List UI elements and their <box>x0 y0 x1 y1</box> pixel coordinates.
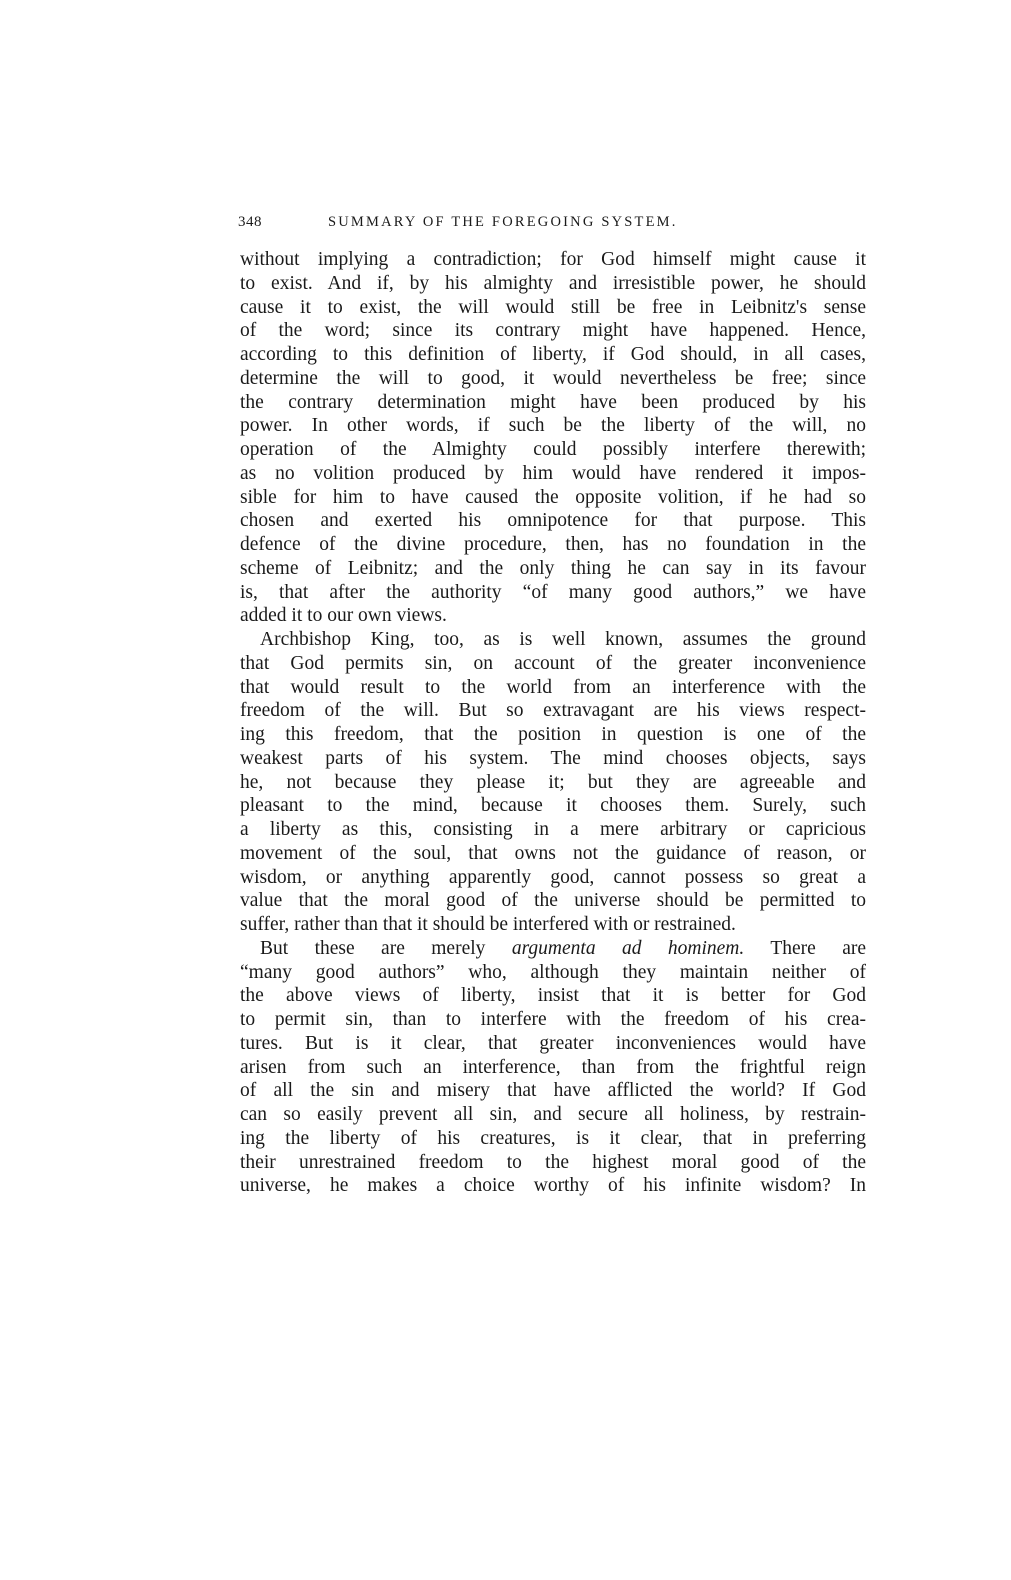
text-line: of the word; since its contrary might ha… <box>240 319 866 343</box>
page-number: 348 <box>238 214 262 231</box>
text-line: defence of the divine procedure, then, h… <box>240 533 866 557</box>
text-line: that God permits sin, on account of the … <box>240 652 866 676</box>
text-line: pleasant to the mind, because it chooses… <box>240 794 866 818</box>
text-line: wisdom, or anything apparently good, can… <box>240 866 866 890</box>
text-line: operation of the Almighty could possibly… <box>240 438 866 462</box>
text-line: But these are merely argumenta ad homine… <box>240 937 866 961</box>
text-line: Archbishop King, too, as is well known, … <box>240 628 866 652</box>
running-title: SUMMARY OF THE FOREGOING SYSTEM. <box>328 214 678 231</box>
text-line: value that the moral good of the univers… <box>240 889 866 913</box>
text-line: that would result to the world from an i… <box>240 676 866 700</box>
text-line: arisen from such an interference, than f… <box>240 1056 866 1080</box>
text-line: power. In other words, if such be the li… <box>240 414 866 438</box>
text-line: ing the liberty of his creatures, is it … <box>240 1127 866 1151</box>
text-line: their unrestrained freedom to the highes… <box>240 1151 866 1175</box>
italic-phrase: argumenta ad hominem. <box>512 938 744 959</box>
text-line: is, that after the authority “of many go… <box>240 581 866 605</box>
text-line: determine the will to good, it would nev… <box>240 367 866 391</box>
text-line: he, not because they please it; but they… <box>240 771 866 795</box>
text-line: a liberty as this, consisting in a mere … <box>240 818 866 842</box>
text-line: “many good authors” who, although they m… <box>240 961 866 985</box>
text-line: added it to our own views. <box>240 604 866 628</box>
text-line: without implying a contradiction; for Go… <box>240 248 866 272</box>
text-line: suffer, rather than that it should be in… <box>240 913 866 937</box>
text-line: ing this freedom, that the position in q… <box>240 723 866 747</box>
text-line: can so easily prevent all sin, and secur… <box>240 1103 866 1127</box>
paragraph: But these are merely argumenta ad homine… <box>240 937 866 1198</box>
text-line: tures. But is it clear, that greater inc… <box>240 1032 866 1056</box>
text-line: weakest parts of his system. The mind ch… <box>240 747 866 771</box>
paragraph: without implying a contradiction; for Go… <box>240 248 866 628</box>
running-head: 348 SUMMARY OF THE FOREGOING SYSTEM. <box>238 214 866 238</box>
text-line: cause it to exist, the will would still … <box>240 296 866 320</box>
text-line: sible for him to have caused the opposit… <box>240 486 866 510</box>
text-line: as no volition produced by him would hav… <box>240 462 866 486</box>
text-line: freedom of the will. But so extravagant … <box>240 699 866 723</box>
text-line: movement of the soul, that owns not the … <box>240 842 866 866</box>
paragraph: Archbishop King, too, as is well known, … <box>240 628 866 937</box>
book-page: 348 SUMMARY OF THE FOREGOING SYSTEM. wit… <box>0 0 1011 1580</box>
text-line: of all the sin and misery that have affl… <box>240 1079 866 1103</box>
text-line: according to this definition of liberty,… <box>240 343 866 367</box>
body-text: without implying a contradiction; for Go… <box>240 248 866 1198</box>
text-line: to exist. And if, by his almighty and ir… <box>240 272 866 296</box>
text-line: chosen and exerted his omnipotence for t… <box>240 509 866 533</box>
text-line: universe, he makes a choice worthy of hi… <box>240 1174 866 1198</box>
text-line: the contrary determination might have be… <box>240 391 866 415</box>
text-line: scheme of Leibnitz; and the only thing h… <box>240 557 866 581</box>
text-line: the above views of liberty, insist that … <box>240 984 866 1008</box>
text-line: to permit sin, than to interfere with th… <box>240 1008 866 1032</box>
